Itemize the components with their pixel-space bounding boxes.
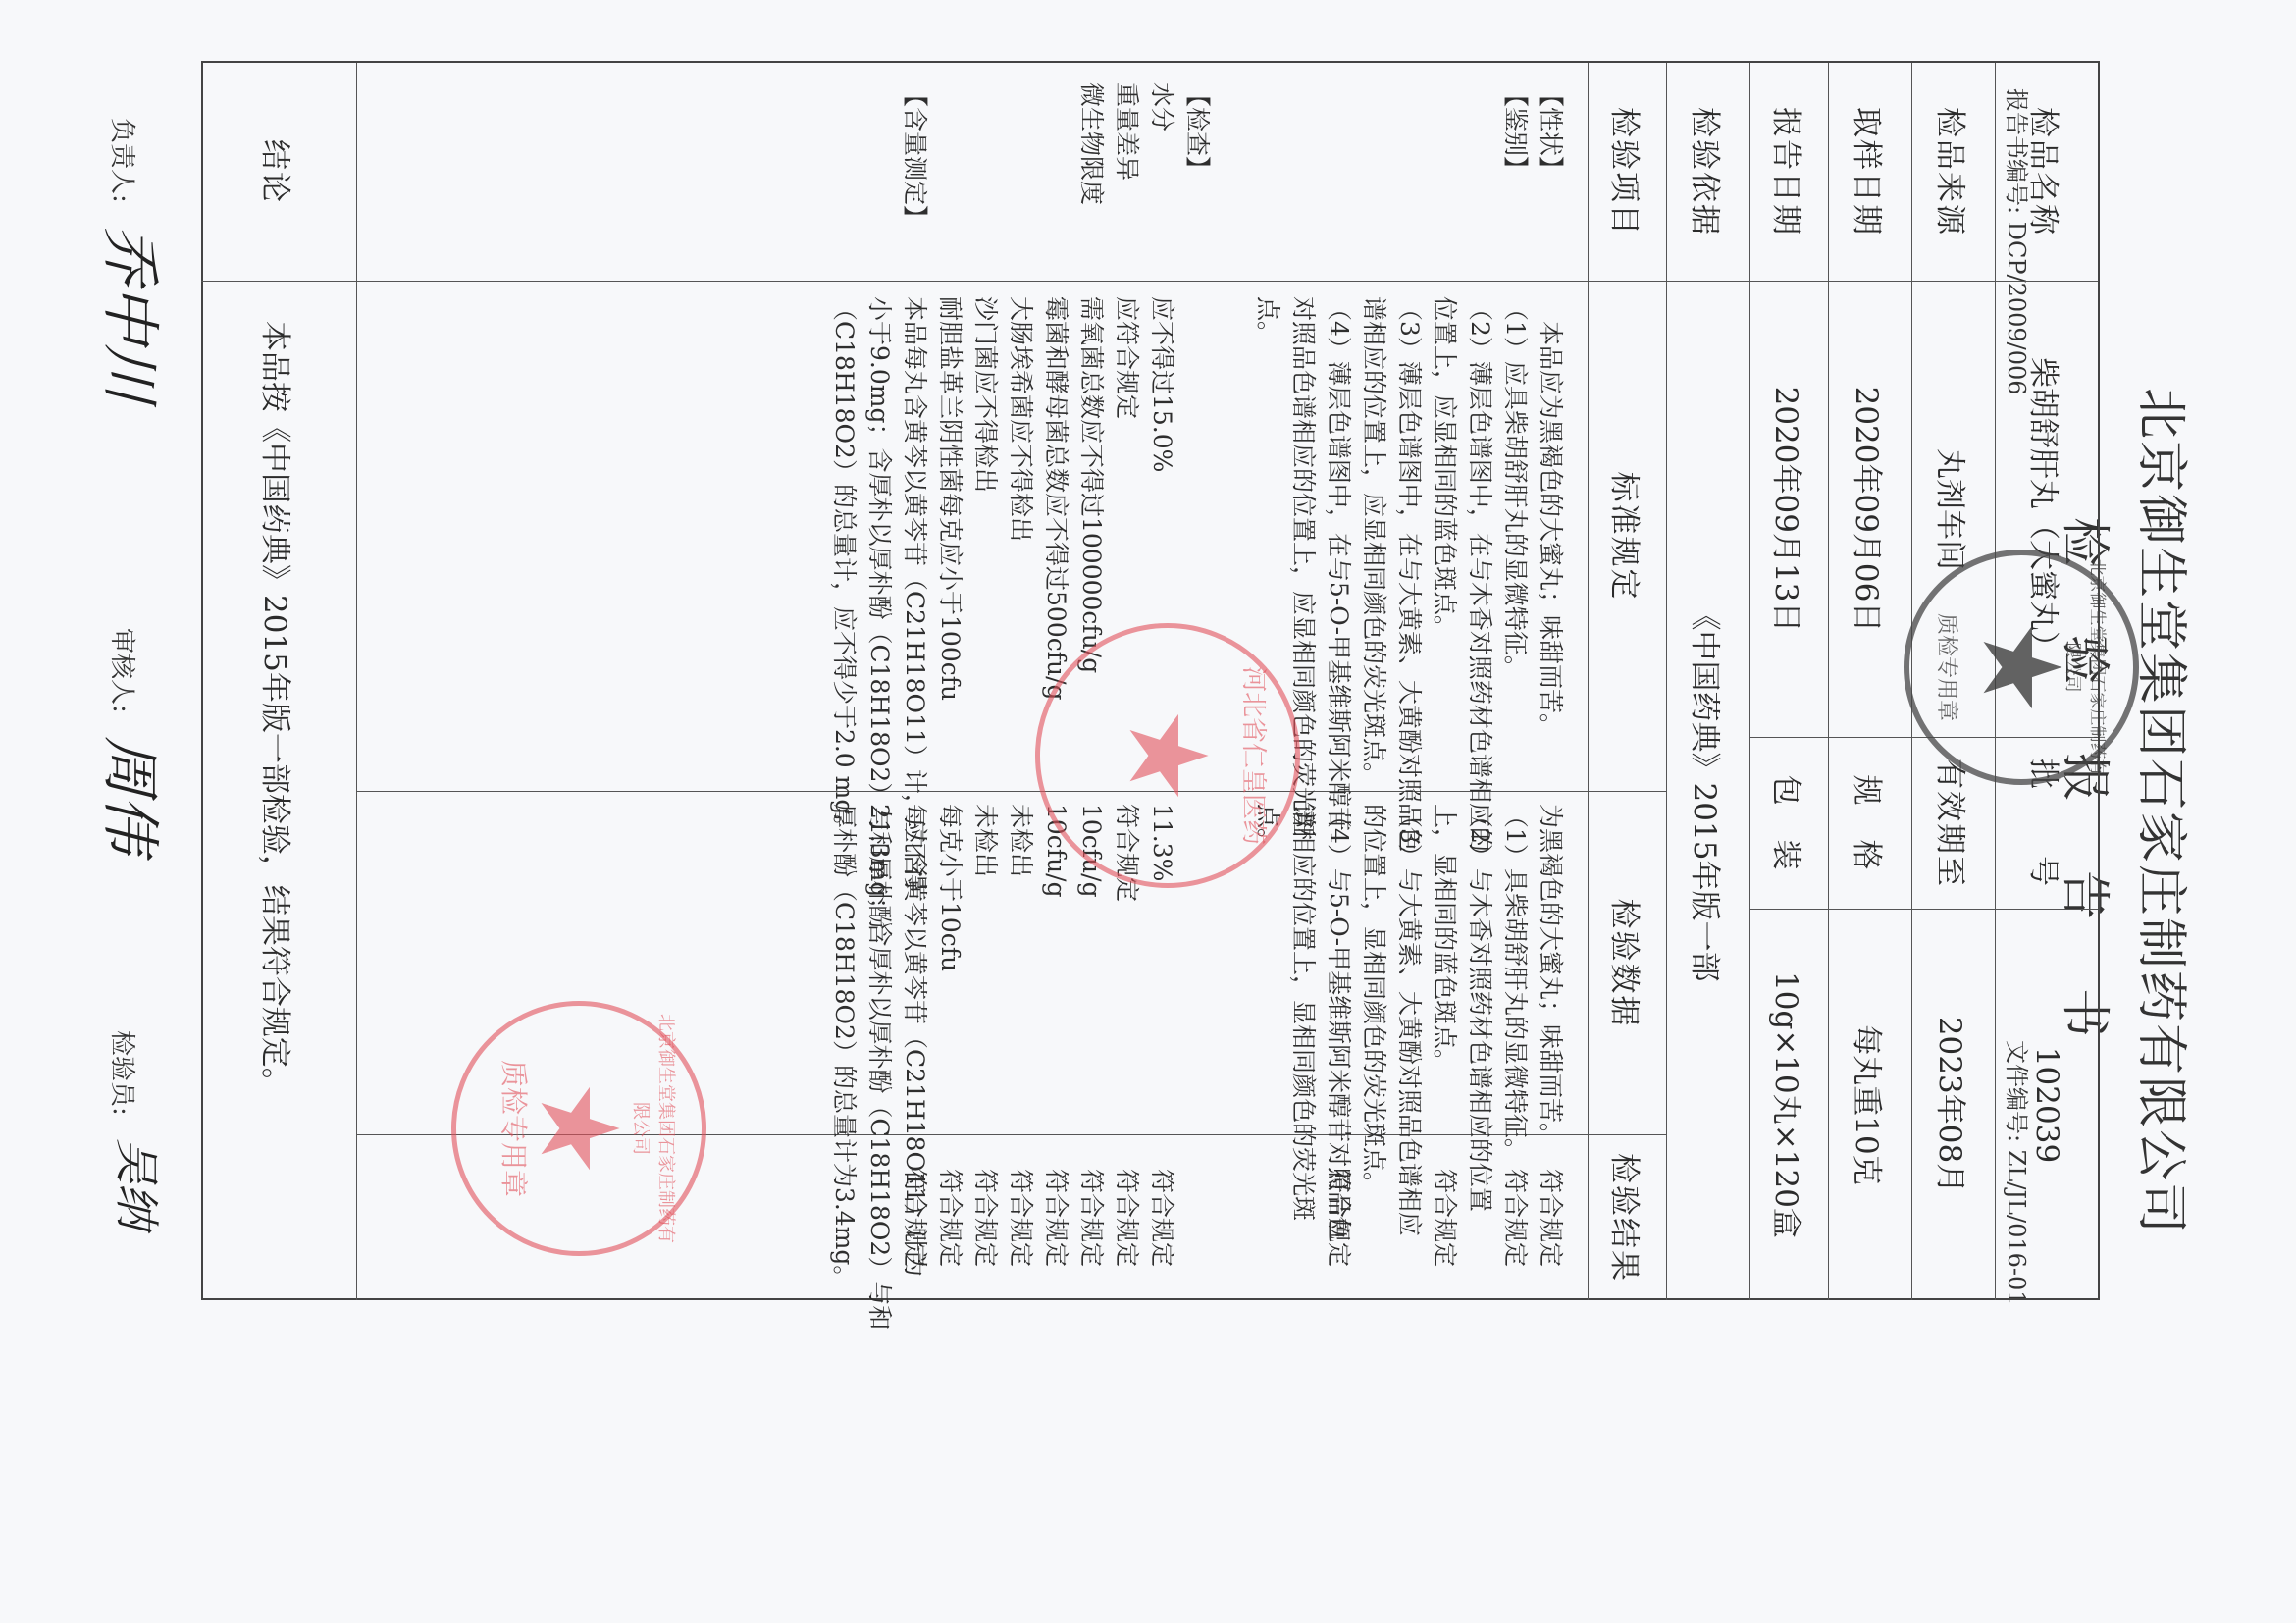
inspector-handwriting: 吴纳	[107, 1138, 172, 1229]
responsible-handwriting: 乔中川	[92, 226, 177, 402]
info-label: 包 装	[1749, 738, 1828, 910]
item-line	[1391, 82, 1427, 279]
item-line	[826, 82, 861, 279]
item-line	[932, 82, 967, 279]
standard-line: 位置上，应显相同的蓝色斑点。	[1427, 296, 1462, 787]
standard-line: 点。	[1250, 296, 1285, 787]
result-line: 符合规定	[1073, 1135, 1109, 1300]
basis-label: 检验依据	[1666, 63, 1749, 282]
standard-line: 霉菌和酵母菌总数应不得过500cfu/g	[1038, 296, 1073, 787]
result-line	[1285, 1135, 1321, 1300]
data-line: 厚朴酚（C18H18O2）的总量计为3.4mg。	[826, 804, 861, 1132]
item-line	[1462, 82, 1497, 279]
data-line: 10cfu/g	[1038, 804, 1073, 1132]
info-value: 丸剂车间	[1911, 282, 1995, 738]
standard-line: 本品应为黑褐色的大蜜丸；味甜而苦。	[1533, 296, 1568, 787]
standard-line: （4）薄层色谱图中，在与5-O-甲基维斯阿米醇苷	[1321, 296, 1356, 787]
data-line: 每丸含黄芩以黄芩苷（C21H18O11）计为	[897, 804, 932, 1132]
result-line: 符合规定	[1427, 1135, 1462, 1300]
info-label: 检品来源	[1911, 63, 1995, 282]
result-line: 符合规定	[1003, 1135, 1038, 1300]
responsible-signature: 负责人:	[106, 118, 142, 203]
responsible-label: 负责人:	[107, 118, 136, 203]
inspector-signature: 检验员:	[106, 1030, 142, 1116]
items-list: 【性状】【鉴别】 【检查】水分重量差异微生物限度 【含量测定】	[826, 82, 1568, 279]
info-value: 10g×10丸×120盒	[1749, 910, 1828, 1300]
data-line: （4）与5-O-甲基维斯阿米醇苷对照品色	[1321, 804, 1356, 1132]
data-line: 未检出	[1003, 804, 1038, 1132]
header-result: 检验结果	[1588, 1135, 1666, 1300]
data-line: 符合规定	[1109, 804, 1144, 1132]
standard-line	[1215, 296, 1250, 787]
standard-line: （3）薄层色谱图中，在与大黄素、大黄酚对照品色	[1391, 296, 1427, 787]
company-name: 北京御生堂集团石家庄制药有限公司	[2129, 0, 2203, 1623]
result-line	[861, 1135, 897, 1300]
header-item: 检验项目	[1588, 63, 1666, 282]
item-line	[1356, 82, 1391, 279]
data-line: （2）与木香对照药材色谱相应的位置	[1462, 804, 1497, 1132]
data-line: 上，显相同的蓝色斑点。	[1427, 804, 1462, 1132]
data-line: 点。	[1250, 804, 1285, 1132]
info-value: 每丸重10克	[1828, 910, 1911, 1300]
standard-line: 耐胆盐革兰阴性菌每克应小于100cfu	[932, 296, 967, 787]
header-data: 检验数据	[1588, 792, 1666, 1135]
data-line: （3）与大黄素、大黄酚对照品色谱相应	[1391, 804, 1427, 1132]
basis-value: 《中国药典》2015年版一部	[1666, 282, 1749, 1300]
standard-list: 本品应为黑褐色的大蜜丸；味甜而苦。（1）应具柴胡舒肝丸的显微特征。（2）薄层色谱…	[826, 296, 1568, 787]
report-page: 北京御生堂集团石家庄制药有限公司 检验报告书 报告书编号: DCP/2009/0…	[0, 0, 2296, 1623]
result-line: 符合规定	[1497, 1135, 1533, 1300]
data-line: 未检出	[967, 804, 1003, 1132]
result-line: 符合规定	[1144, 1135, 1179, 1300]
report-table: 检品名称柴胡舒肝丸（大蜜丸）批 号102039检品来源丸剂车间有效期至2023年…	[201, 61, 2100, 1300]
data-line: 为黑褐色的大蜜丸；味甜而苦。	[1533, 804, 1568, 1132]
header-standard: 标准规定	[1588, 282, 1666, 792]
inspector-label: 检验员:	[107, 1030, 136, 1116]
result-line	[826, 1135, 861, 1300]
result-line	[1391, 1135, 1427, 1300]
result-list: 符合规定符合规定 符合规定 符合规定 符合规定符合规定符合规定符合规定符合规定符…	[826, 1135, 1568, 1300]
info-label: 检品名称	[1995, 63, 2098, 282]
item-line	[1003, 82, 1038, 279]
item-line	[861, 82, 897, 279]
info-value: 柴胡舒肝丸（大蜜丸）	[1995, 282, 2098, 738]
result-line: 符合规定	[1533, 1135, 1568, 1300]
item-line: 【鉴别】	[1497, 82, 1533, 279]
standard-line: （2）薄层色谱图中，在与木香对照药材色谱相应的	[1462, 296, 1497, 787]
data-list: 为黑褐色的大蜜丸；味甜而苦。（1）具柴胡舒肝丸的显微特征。（2）与木香对照药材色…	[826, 804, 1568, 1132]
item-line: 重量差异	[1109, 82, 1144, 279]
data-line	[1179, 804, 1215, 1132]
item-line: 微生物限度	[1073, 82, 1109, 279]
item-line	[1321, 82, 1356, 279]
result-line	[1215, 1135, 1250, 1300]
item-line	[1038, 82, 1073, 279]
info-value: 2020年09月06日	[1828, 282, 1911, 738]
standard-line: 大肠埃希菌应不得检出	[1003, 296, 1038, 787]
data-line: 10cfu/g	[1073, 804, 1109, 1132]
info-label: 取样日期	[1828, 63, 1911, 282]
data-line: 谱相应的位置上，显相同颜色的荧光斑	[1285, 804, 1321, 1132]
standard-line: 沙门菌应不得检出	[967, 296, 1003, 787]
result-line	[1462, 1135, 1497, 1300]
result-line: 符合规定	[1109, 1135, 1144, 1300]
standard-line: 需氧菌总数应不得过100000cfu/g	[1073, 296, 1109, 787]
reviewer-handwriting: 周伟	[92, 736, 177, 854]
standard-line: （C18H18O2）的总量计，应不得少于2.0 mg。	[826, 296, 861, 787]
result-line	[1179, 1135, 1215, 1300]
result-line	[1356, 1135, 1391, 1300]
item-line	[1215, 82, 1250, 279]
standard-line: （1）应具柴胡舒肝丸的显微特征。	[1497, 296, 1533, 787]
data-line: 11.3%	[1144, 804, 1179, 1132]
conclusion-text: 本品按《中国药典》2015年版一部检验，结果符合规定。	[201, 282, 356, 1300]
item-line: 【性状】	[1533, 82, 1568, 279]
standard-line: 本品每丸含黄芩以黄芩苷（C21H18O11）计，应不得	[897, 296, 932, 787]
item-line	[1250, 82, 1285, 279]
reviewer-label: 审核人:	[107, 628, 136, 713]
result-line: 符合规定	[897, 1135, 932, 1300]
standard-line	[1179, 296, 1215, 787]
info-label: 规 格	[1828, 738, 1911, 910]
data-line: 每克小于10cfu	[932, 804, 967, 1132]
standard-line: 对照品色谱相应的位置上，应显相同颜色的荧光斑	[1285, 296, 1321, 787]
conclusion-label: 结论	[201, 63, 356, 282]
item-line: 【检查】	[1179, 82, 1215, 279]
info-value: 2020年09月13日	[1749, 282, 1828, 738]
info-value: 102039	[1995, 910, 2098, 1300]
reviewer-signature: 审核人:	[106, 628, 142, 713]
standard-line: 小于9.0mg；含厚朴以厚朴酚（C18H18O2）与和厚朴酚	[861, 296, 897, 787]
standard-line: 应不得过15.0%	[1144, 296, 1179, 787]
data-line: 的位置上，显相同颜色的荧光斑点。	[1356, 804, 1391, 1132]
standard-line: 谱相应的位置上，应显相同颜色的荧光斑点。	[1356, 296, 1391, 787]
item-line	[1285, 82, 1321, 279]
data-line: 21.3mg；含厚朴以厚朴酚（C18H18O2）与和	[861, 804, 897, 1132]
item-line	[1427, 82, 1462, 279]
result-line: 符合规定	[1038, 1135, 1073, 1300]
item-line: 水分	[1144, 82, 1179, 279]
result-line: 符合规定	[932, 1135, 967, 1300]
result-line: 符合规定	[967, 1135, 1003, 1300]
item-line	[967, 82, 1003, 279]
result-line	[1250, 1135, 1285, 1300]
standard-line: 应符合规定	[1109, 296, 1144, 787]
result-line: 符合规定	[1321, 1135, 1356, 1300]
info-value: 2023年08月	[1911, 910, 1995, 1300]
info-label: 报告日期	[1749, 63, 1828, 282]
info-label: 有效期至	[1911, 738, 1995, 910]
info-label: 批 号	[1995, 738, 2098, 910]
data-line	[1215, 804, 1250, 1132]
data-line: （1）具柴胡舒肝丸的显微特征。	[1497, 804, 1533, 1132]
item-line: 【含量测定】	[897, 82, 932, 279]
